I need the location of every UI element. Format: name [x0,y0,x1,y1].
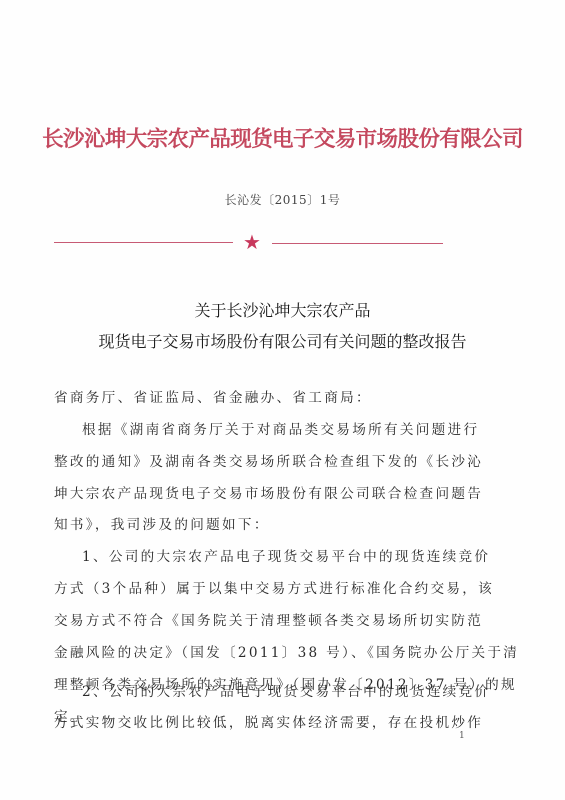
red-divider: ★ [0,235,565,255]
item-1-line: 交易方式不符合《国务院关于清理整顿各类交易场所切实防范 [54,609,483,629]
report-title-line-2: 现货电子交易市场股份有限公司有关问题的整改报告 [0,329,565,352]
divider-line-right [272,243,443,244]
document-page: 长沙沁坤大宗农产品现货电子交易市场股份有限公司 长沁发〔2015〕1号 ★ 关于… [0,0,565,800]
report-title-line-1: 关于长沙沁坤大宗农产品 [0,298,565,321]
body-paragraph-line: 知书》，我司涉及的问题如下： [54,513,270,533]
star-icon: ★ [243,232,261,252]
addressee: 省商务厅、省证监局、省金融办、省工商局： [54,386,372,406]
divider-line-left [54,242,233,243]
item-2-line: 2、公司的大宗农产品电子现货交易平台中的现货连续竞价 [82,680,490,700]
organization-header-title: 长沙沁坤大宗农产品现货电子交易市场股份有限公司 [0,122,565,153]
body-paragraph-line: 坤大宗农产品现货电子交易市场股份有限公司联合检查问题告 [54,482,483,502]
body-paragraph-line: 根据《湖南省商务厅关于对商品类交易场所有关问题进行 [82,418,479,438]
document-number: 长沁发〔2015〕1号 [0,191,565,208]
item-1-line: 金融风险的决定》（国发〔2011〕38 号）、《国务院办公厅关于清 [54,641,519,661]
body-paragraph-line: 整改的通知》及湖南各类交易场所联合检查组下发的《长沙沁 [54,450,483,470]
item-1-line: 方式（3个品种）属于以集中交易方式进行标准化合约交易，该 [54,577,494,597]
item-1-line: 1、公司的大宗农产品电子现货交易平台中的现货连续竞价 [82,545,490,565]
page-number: 1 [459,731,465,741]
item-2-line: 方式实物交收比例比较低，脱离实体经济需要，存在投机炒作 [54,711,483,731]
